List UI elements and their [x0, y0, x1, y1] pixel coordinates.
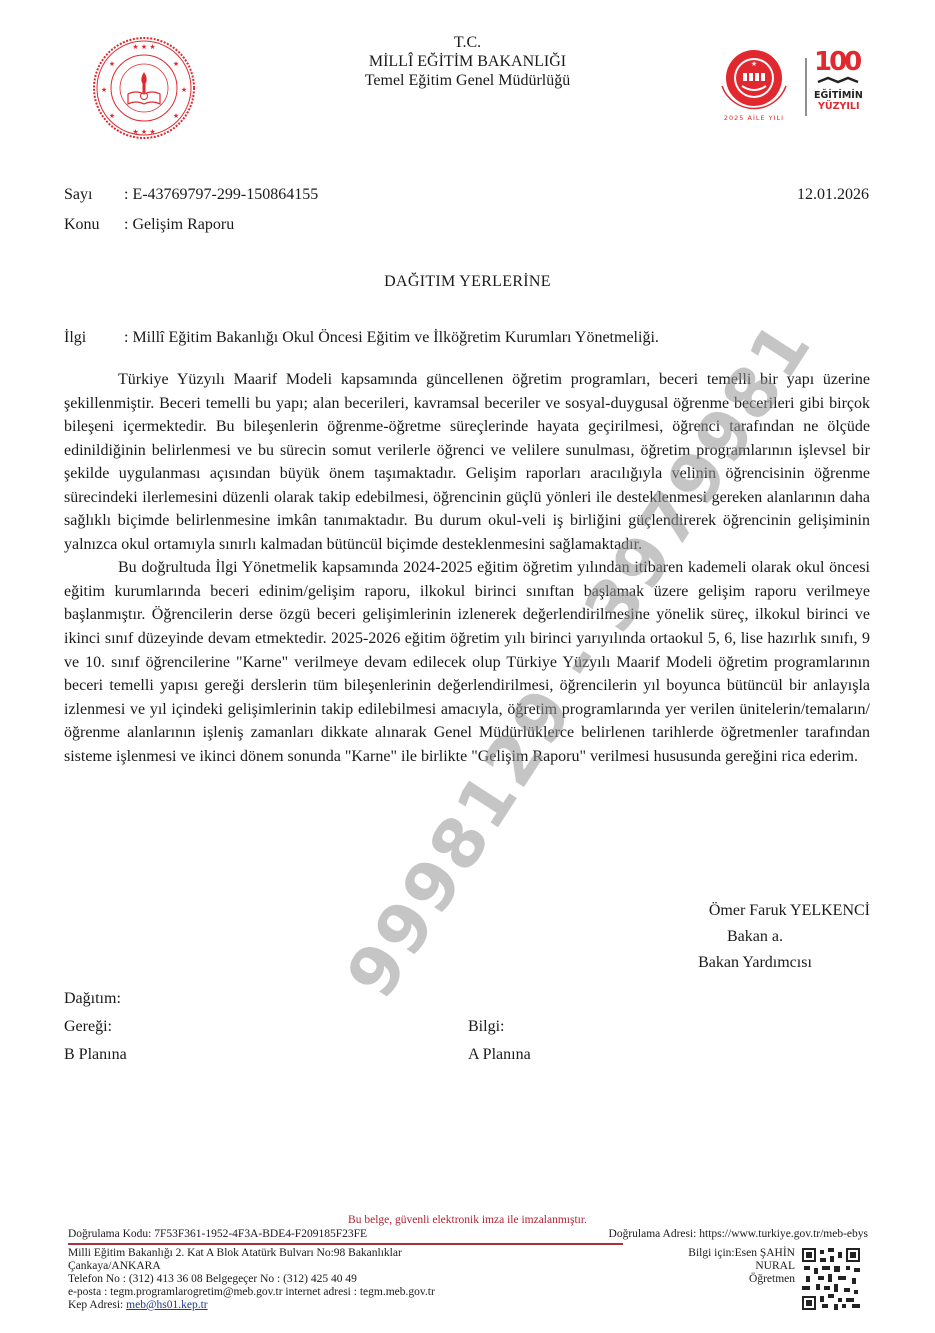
bilgi-value: A Planına [468, 1041, 531, 1069]
konu-value: : Gelişim Raporu [124, 216, 234, 233]
header-ministry: MİLLÎ EĞİTİM BAKANLIĞI [330, 52, 605, 71]
phone-line: Telefon No : (312) 413 36 08 Belgegeçer … [68, 1273, 435, 1286]
official-letter-page: ★ ★ ★ ★ ★ ★ ★ ★ ★ ★ ★ ★ T.C. MİLLÎ EĞİTİ… [0, 0, 935, 1333]
email-line: e-posta : tegm.programlarogretim@meb.gov… [68, 1286, 435, 1299]
qr-code-icon[interactable] [802, 1248, 860, 1310]
geregi-value: B Planına [64, 1041, 127, 1069]
right-logos: ★ 2025 AİLE YILI 100 EĞİTİMİN YÜZYILI [714, 40, 884, 122]
svg-text:★: ★ [181, 86, 187, 94]
verification-code: Doğrulama Kodu: 7F53F361-1952-4F3A-BDE4-… [68, 1228, 367, 1240]
body-paragraph: Türkiye Yüzyılı Maarif Modeli kapsamında… [64, 368, 870, 556]
body-paragraph: Bu doğrultuda İlgi Yönetmelik kapsamında… [64, 556, 870, 768]
contact-name: Bilgi için:Esen ŞAHİN [688, 1247, 795, 1260]
letterhead: T.C. MİLLÎ EĞİTİM BAKANLIĞI Temel Eğitim… [330, 33, 605, 90]
kep-line: Kep Adresi: meb@hs01.kep.tr [68, 1299, 435, 1312]
svg-text:★: ★ [109, 60, 115, 68]
bilgi-label: Bilgi: [468, 1013, 531, 1041]
signature-block: Ömer Faruk YELKENCİ Bakan a. Bakan Yardı… [640, 898, 870, 976]
footer-divider [68, 1243, 623, 1245]
geregi-label: Gereği: [64, 1013, 127, 1041]
signatory-name: Ömer Faruk YELKENCİ [640, 898, 870, 924]
svg-text:★: ★ [101, 86, 107, 94]
header-tc: T.C. [330, 33, 605, 52]
distribution-list-right: Bilgi: A Planına [468, 1013, 531, 1069]
sayi-value: : E-43769797-299-150864155 [124, 186, 318, 203]
svg-text:★: ★ [751, 60, 757, 68]
verification-row: Doğrulama Kodu: 7F53F361-1952-4F3A-BDE4-… [68, 1228, 868, 1240]
svg-text:EĞİTİMİN: EĞİTİMİN [814, 89, 863, 101]
document-date: 12.01.2026 [797, 186, 869, 204]
contact-info: Bilgi için:Esen ŞAHİN NURAL Öğretmen [688, 1247, 795, 1286]
contact-surname: NURAL [688, 1260, 795, 1273]
contact-title: Öğretmen [688, 1273, 795, 1286]
distribution-list-left: Dağıtım: Gereği: B Planına [64, 985, 127, 1069]
distribution-title: DAĞITIM YERLERİNE [0, 273, 935, 291]
footer-address: Milli Eğitim Bakanlığı 2. Kat A Blok Ata… [68, 1247, 435, 1312]
sayi-row: Sayı: E-43769797-299-150864155 [64, 186, 318, 204]
svg-text:★ ★ ★: ★ ★ ★ [132, 43, 155, 51]
svg-text:YÜZYILI: YÜZYILI [817, 101, 859, 112]
svg-text:100: 100 [814, 47, 861, 77]
svg-text:★: ★ [173, 112, 179, 120]
letter-body: Türkiye Yüzyılı Maarif Modeli kapsamında… [64, 368, 870, 768]
ilgi-row: İlgi: Millî Eğitim Bakanlığı Okul Öncesi… [64, 329, 659, 347]
meb-seal-icon: ★ ★ ★ ★ ★ ★ ★ ★ ★ ★ ★ ★ [92, 36, 196, 140]
esign-note: Bu belge, güvenli elektronik imza ile im… [0, 1214, 935, 1226]
header-directorate: Temel Eğitim Genel Müdürlüğü [330, 71, 605, 90]
signatory-title: Bakan Yardımcısı [640, 950, 870, 976]
distribution-label: Dağıtım: [64, 985, 127, 1013]
signatory-capacity: Bakan a. [640, 924, 870, 950]
kep-label: Kep Adresi: [68, 1299, 126, 1311]
kep-link[interactable]: meb@hs01.kep.tr [126, 1299, 208, 1311]
egitimin-yuzyili-100-icon: 100 EĞİTİMİN YÜZYILI [814, 47, 863, 112]
aile-yili-2025-icon: ★ 2025 AİLE YILI [722, 50, 786, 122]
address-line-1: Milli Eğitim Bakanlığı 2. Kat A Blok Ata… [68, 1247, 435, 1260]
svg-text:★: ★ [173, 60, 179, 68]
ilgi-label: İlgi [64, 329, 124, 347]
address-line-2: Çankaya/ANKARA [68, 1260, 435, 1273]
konu-row: Konu: Gelişim Raporu [64, 216, 234, 234]
verification-address[interactable]: Doğrulama Adresi: https://www.turkiye.go… [609, 1228, 868, 1240]
konu-label: Konu [64, 216, 124, 234]
svg-text:★: ★ [109, 112, 115, 120]
svg-text:2025 AİLE YILI: 2025 AİLE YILI [724, 113, 784, 122]
sayi-label: Sayı [64, 186, 124, 204]
svg-text:★ ★ ★: ★ ★ ★ [132, 128, 155, 136]
ilgi-value: : Millî Eğitim Bakanlığı Okul Öncesi Eği… [124, 329, 659, 346]
